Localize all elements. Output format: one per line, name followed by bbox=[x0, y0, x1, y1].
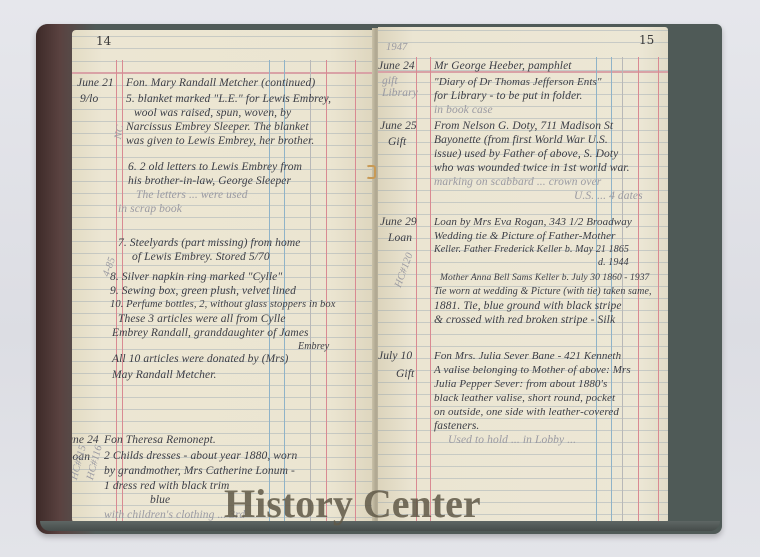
entry-line: 2 Childs dresses - about year 1880, worn bbox=[104, 449, 297, 463]
entry-date: June 25 bbox=[380, 119, 417, 133]
entry-line: his brother-in-law, George Sleeper bbox=[128, 174, 291, 188]
entry-date: July 10 bbox=[378, 349, 412, 363]
entry-type: Gift bbox=[388, 135, 406, 149]
entry-line: 8. Silver napkin ring marked "Cylle" bbox=[110, 270, 282, 284]
entry-line: May Randall Metcher. bbox=[112, 368, 217, 382]
entry-line: for Library - to be put in folder. bbox=[434, 89, 582, 103]
column-rule bbox=[326, 60, 327, 523]
entry-line: A valise belonging to Mother of above: M… bbox=[434, 363, 631, 377]
entry-line: black leather valise, short round, pocke… bbox=[434, 391, 615, 405]
entry-type: gift Library bbox=[382, 75, 416, 99]
header-rule bbox=[72, 72, 376, 74]
entry-line: blue bbox=[150, 493, 170, 507]
entry-line: Fon Theresa Remonept. bbox=[104, 433, 216, 447]
entry-date: June 29 bbox=[380, 215, 417, 229]
entry-line: These 3 articles were all from Cylle bbox=[118, 312, 286, 326]
entry-line: The letters ... were used bbox=[136, 188, 248, 202]
entry-line: All 10 articles were donated by (Mrs) bbox=[112, 352, 288, 366]
entry-line: Loan by Mrs Eva Rogan, 343 1/2 Broadway bbox=[434, 215, 632, 229]
left-page: 14 June 21 9/lo Fon. Mary Randall Metche… bbox=[72, 30, 376, 523]
entry-line: Fon Mrs. Julia Sever Bane - 421 Kenneth bbox=[434, 349, 621, 363]
entry-line: of Lewis Embrey. Stored 5/70 bbox=[132, 250, 270, 264]
entry-line: in scrap book bbox=[118, 202, 182, 216]
entry-date: June 24 bbox=[378, 59, 415, 73]
entry-line: Narcissus Embrey Sleeper. The blanket bbox=[126, 120, 309, 134]
entry-line: Embrey Randall, granddaughter of James bbox=[112, 326, 309, 340]
entry-type: Loan bbox=[388, 231, 412, 245]
right-page: 15 1947 June 24 gift Library Mr George H… bbox=[378, 27, 668, 523]
entry-line: Julia Pepper Sever: from about 1880's bbox=[434, 377, 607, 391]
entry-line: on outside, one side with leather-covere… bbox=[434, 405, 619, 419]
entry-line: 6. 2 old letters to Lewis Embrey from bbox=[128, 160, 302, 174]
page-number: 15 bbox=[639, 33, 654, 47]
entry-line: who was wounded twice in 1st world war. bbox=[434, 161, 630, 175]
entry-line: marking on scabbard ... crown over bbox=[434, 175, 601, 189]
entry-type: Gift bbox=[396, 367, 414, 381]
entry-line: "Diary of Dr Thomas Jefferson Ents" bbox=[434, 75, 602, 89]
entry-line: by grandmother, Mrs Catherine Lonum - bbox=[104, 464, 295, 478]
stain-mark bbox=[366, 165, 376, 179]
entry-line: Embrey bbox=[298, 340, 329, 354]
column-rule bbox=[310, 60, 311, 523]
entry-line: wool was raised, spun, woven, by bbox=[134, 106, 291, 120]
entry-line: From Nelson G. Doty, 711 Madison St bbox=[434, 119, 613, 133]
entry-line: in book case bbox=[434, 103, 493, 117]
entry-line: issue) used by Father of above, S. Doty bbox=[434, 147, 618, 161]
entry-line: Wedding tie & Picture of Father-Mother bbox=[434, 229, 615, 243]
entry-line: 10. Perfume bottles, 2, without glass st… bbox=[110, 298, 336, 312]
entry-line: Tie worn at wedding & Picture (with tie)… bbox=[434, 285, 652, 299]
entry-line: & crossed with red broken stripe - Silk bbox=[434, 313, 615, 327]
entry-line: Bayonette (from first World War U.S. bbox=[434, 133, 608, 147]
margin-rule bbox=[430, 57, 431, 523]
margin-note: 1947 bbox=[386, 41, 407, 55]
entry-line: Used to hold ... in Lobby ... bbox=[448, 433, 576, 447]
column-rule bbox=[355, 60, 356, 523]
entry-line: Keller. Father Frederick Keller b. May 2… bbox=[434, 243, 629, 257]
entry-line: 7. Steelyards (part missing) from home bbox=[118, 236, 300, 250]
entry-line: Fon. Mary Randall Metcher (continued) bbox=[126, 76, 315, 90]
entry-type: 9/lo bbox=[80, 92, 98, 106]
page-number: 14 bbox=[96, 34, 111, 48]
entry-line: was given to Lewis Embrey, her brother. bbox=[126, 134, 314, 148]
watermark: History Center bbox=[224, 480, 481, 527]
entry-line: 9. Sewing box, green plush, velvet lined bbox=[110, 284, 296, 298]
margin-note: NC bbox=[112, 124, 128, 140]
entry-line: 1881. Tie, blue ground with black stripe bbox=[434, 299, 622, 313]
entry-line: 5. blanket marked "L.E." for Lewis Embre… bbox=[126, 92, 331, 106]
entry-line: Mr George Heeber, pamphlet bbox=[434, 59, 572, 73]
entry-line: U.S. ... 4 dates bbox=[574, 189, 643, 203]
entry-date: June 21 bbox=[77, 76, 114, 90]
entry-line: d. 1944 bbox=[598, 256, 629, 270]
entry-line: 1 dress red with black trim bbox=[104, 479, 229, 493]
column-rule bbox=[658, 57, 659, 523]
entry-line: Mother Anna Bell Sams Keller b. July 30 … bbox=[440, 271, 649, 285]
entry-line: fasteners. bbox=[434, 419, 479, 433]
